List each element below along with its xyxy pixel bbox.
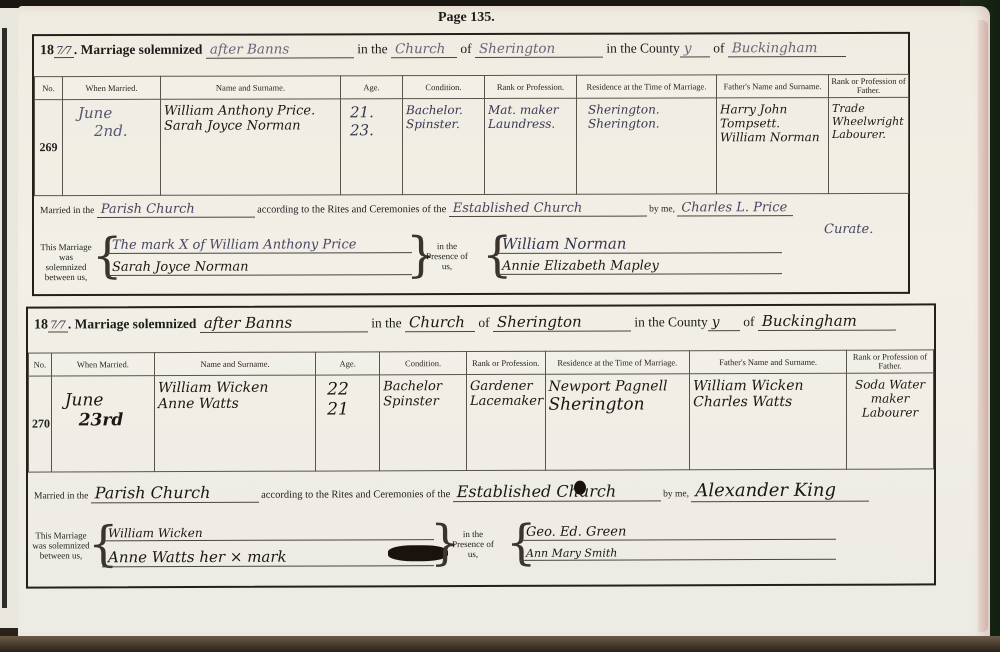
residences: Sherington.Sherington.	[577, 98, 717, 194]
residences: Newport PagnellSherington	[545, 374, 690, 471]
bride-name: Sarah Joyce Norman	[164, 118, 337, 133]
signature-bride: Anne Watts her × mark	[102, 547, 434, 567]
officiant: Alexander King	[691, 480, 869, 503]
book-background-bottom	[0, 636, 1000, 652]
ages: 2221	[316, 375, 380, 471]
register-entry-270: 187⁄7. Marriage solemnized after Banns i…	[26, 303, 936, 588]
parish: Sherington	[475, 41, 603, 58]
parish: Sherington	[493, 312, 631, 331]
place-type: Church	[391, 41, 457, 58]
officiant: Charles L. Price	[677, 200, 793, 216]
page-stack-edge	[978, 20, 988, 632]
conditions: BachelorSpinster	[380, 375, 467, 471]
entry-table: No. When Married. Name and Surname. Age.…	[28, 349, 934, 472]
column-headers: No. When Married. Name and Surname. Age.…	[29, 350, 934, 376]
signature-groom: William Wicken	[102, 525, 434, 541]
married-in-line: Married in the Parish Church according t…	[34, 480, 869, 505]
rites-of: Established Church	[453, 481, 661, 502]
rites-of: Established Church	[449, 201, 647, 218]
solemnized-method: after Banns	[206, 41, 354, 58]
fathers-professions: Soda Water makerLabourer	[847, 373, 934, 469]
signature-bride: Sarah Joyce Norman	[106, 259, 412, 276]
bride-name: Anne Watts	[158, 396, 312, 447]
fathers-professions: Trade WheelwrightLabourer.	[829, 97, 909, 193]
witness-1: Geo. Ed. Green	[520, 524, 836, 541]
married-in-place: Parish Church	[97, 202, 255, 218]
names: William Anthony Price.Sarah Joyce Norman	[161, 99, 341, 195]
table-row: 269 June2nd. William Anthony Price.Sarah…	[35, 97, 909, 195]
when-married: June23rd	[51, 376, 154, 472]
witness-1: William Norman	[496, 234, 782, 254]
county: Buckingham	[728, 40, 846, 57]
solemnized-between-label: This Marriage was solemnized between us,	[32, 530, 90, 560]
conditions: Bachelor.Spinster.	[403, 98, 485, 194]
signature-groom: The mark X of William Anthony Price	[106, 237, 412, 254]
groom-name: William Anthony Price.	[164, 103, 337, 118]
presence-label: in the Presence of us,	[448, 529, 498, 559]
fathers-names: Harry John Tompsett.William Norman	[717, 98, 829, 194]
place-type: Church	[405, 313, 475, 332]
married-in-line: Married in the Parish Church according t…	[40, 200, 793, 218]
table-row: 270 June23rd William WickenAnne Watts 22…	[29, 373, 934, 472]
entry-table: No. When Married. Name and Surname. Age.…	[34, 74, 909, 196]
ink-blot	[574, 481, 586, 495]
witness-2: Ann Mary Smith	[520, 546, 836, 561]
presence-label: in the Presence of us,	[422, 241, 472, 271]
county: Buckingham	[758, 312, 896, 331]
year-suffix: 7⁄7	[54, 44, 74, 58]
ages: 21.23.	[341, 99, 403, 195]
solemnized-method: after Banns	[200, 313, 368, 333]
entry-number: 269	[35, 100, 63, 196]
professions: Mat. makerLaundress.	[485, 98, 577, 194]
when-married: June2nd.	[63, 99, 161, 195]
register-entry-269: 187⁄7. Marriage solemnized after Banns i…	[32, 32, 910, 296]
professions: GardenerLacemaker	[466, 374, 545, 470]
entry-heading: 187⁄7. Marriage solemnized after Banns i…	[34, 312, 896, 334]
page-number: Page 135.	[438, 10, 495, 26]
entry-number: 270	[29, 376, 52, 472]
witness-2: Annie Elizabeth Mapley	[496, 258, 782, 275]
officiant-title: Curate.	[824, 222, 873, 237]
column-headers: No. When Married. Name and Surname. Age.…	[35, 74, 909, 99]
year-suffix: 7⁄7	[48, 318, 68, 332]
fathers-names: William WickenCharles Watts	[690, 373, 847, 470]
groom-name: William Wicken	[158, 380, 312, 397]
solemnized-between-label: This Marriage was solemnized between us,	[38, 242, 94, 282]
names: William WickenAnne Watts	[155, 375, 316, 472]
married-in-place: Parish Church	[91, 483, 259, 504]
entry-heading: 187⁄7. Marriage solemnized after Banns i…	[40, 40, 846, 59]
